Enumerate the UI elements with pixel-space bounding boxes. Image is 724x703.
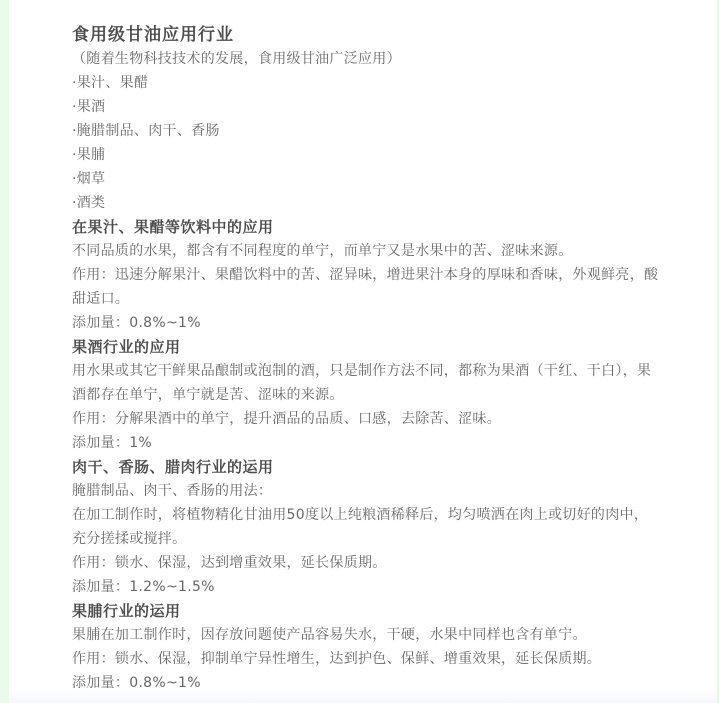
section-paragraph: 作用：锁水、保湿，抑制单宁异性增生，达到护色、保鲜、增重效果，延长保质期。 xyxy=(72,647,660,671)
section-fruit-wine: 果酒行业的应用 用水果或其它干鲜果品酿制或泡制的酒，只是制作方法不同，都称为果酒… xyxy=(72,335,660,455)
section-paragraph: 在加工制作时，将植物精化甘油用50度以上纯粮酒稀释后，均匀喷洒在肉上或切好的肉中… xyxy=(72,503,660,551)
section-heading: 果脯行业的运用 xyxy=(72,599,660,623)
section-paragraph: 用水果或其它干鲜果品酿制或泡制的酒，只是制作方法不同，都称为果酒（干红、干白），… xyxy=(72,359,660,407)
dosage-line: 添加量：1% xyxy=(72,431,660,455)
section-paragraph: 作用：锁水、保湿，达到增重效果，延长保质期。 xyxy=(72,551,660,575)
dosage-line: 添加量：0.8%~1% xyxy=(72,671,660,695)
industry-list-item: ·果酒 xyxy=(72,95,660,119)
industry-list-item: ·酒类 xyxy=(72,191,660,215)
intro-note: （随着生物科技技术的发展，食用级甘油广泛应用） xyxy=(72,47,660,71)
section-juice-vinegar: 在果汁、果醋等饮料中的应用 不同品质的水果，都含有不同程度的单宁，而单宁又是水果… xyxy=(72,215,660,335)
section-paragraph: 作用：迅速分解果汁、果醋饮料中的苦、涩异味，增进果汁本身的厚味和香味，外观鲜亮，… xyxy=(72,263,660,311)
section-paragraph: 作用：分解果酒中的单宁，提升酒品的品质、口感，去除苦、涩味。 xyxy=(72,407,660,431)
industry-list-item: ·果脯 xyxy=(72,143,660,167)
dosage-line: 添加量：0.8%~1% xyxy=(72,311,660,335)
industry-list-item: ·腌腊制品、肉干、香肠 xyxy=(72,119,660,143)
section-paragraph: 果脯在加工制作时，因存放问题使产品容易失水，干硬，水果中同样也含有单宁。 xyxy=(72,623,660,647)
section-cured-meat: 肉干、香肠、腊肉行业的运用 腌腊制品、肉干、香肠的用法： 在加工制作时，将植物精… xyxy=(72,455,660,599)
section-heading: 果酒行业的应用 xyxy=(72,335,660,359)
industry-list-item: ·烟草 xyxy=(72,167,660,191)
article-content: 食用级甘油应用行业 （随着生物科技技术的发展，食用级甘油广泛应用） ·果汁、果醋… xyxy=(0,0,724,695)
section-paragraph: 不同品质的水果，都含有不同程度的单宁，而单宁又是水果中的苦、涩味来源。 xyxy=(72,239,660,263)
industry-list-item: ·果汁、果醋 xyxy=(72,71,660,95)
dosage-line: 添加量：1.2%~1.5% xyxy=(72,575,660,599)
page-title: 食用级甘油应用行业 xyxy=(72,23,660,47)
section-paragraph: 腌腊制品、肉干、香肠的用法： xyxy=(72,479,660,503)
section-heading: 肉干、香肠、腊肉行业的运用 xyxy=(72,455,660,479)
section-heading: 在果汁、果醋等饮料中的应用 xyxy=(72,215,660,239)
page: 食用级甘油应用行业 （随着生物科技技术的发展，食用级甘油广泛应用） ·果汁、果醋… xyxy=(0,0,724,703)
section-preserved-fruit: 果脯行业的运用 果脯在加工制作时，因存放问题使产品容易失水，干硬，水果中同样也含… xyxy=(72,599,660,695)
